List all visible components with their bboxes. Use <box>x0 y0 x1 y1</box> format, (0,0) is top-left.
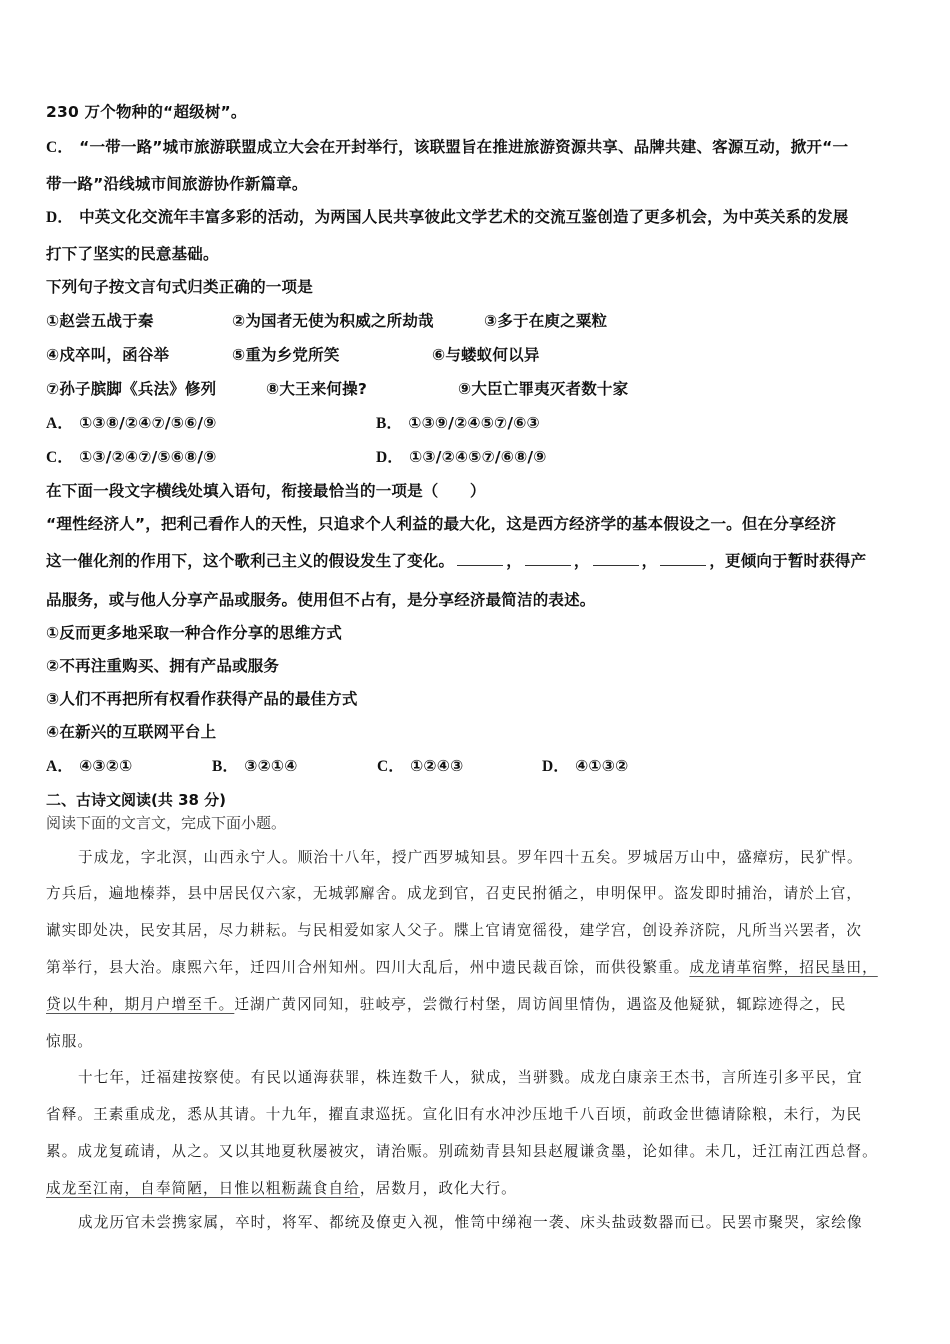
fill-blank-3[interactable] <box>593 551 639 566</box>
answer-option-b[interactable]: B．③②①④ <box>212 756 298 777</box>
option-label: C． <box>46 139 73 156</box>
section-title: 二、古诗文阅读(共 38 分) <box>46 790 226 810</box>
prev-option-d-line1: D．中英文化交流年丰富多彩的活动，为两国人民共享彼此文学艺术的交流互鉴创造了更多… <box>46 207 848 228</box>
answer-option-c[interactable]: C．①③/②④⑦/⑤⑥⑧/⑨ <box>46 447 217 468</box>
fill-item: ④在新兴的互联网平台上 <box>46 722 216 742</box>
answer-option-c[interactable]: C．①②④③ <box>377 756 463 777</box>
classical-text-line: 十七年，迁福建按察使。有民以通海获罪，株连数千人，狱成，当骈戮。成龙白康亲王杰书… <box>46 1068 863 1088</box>
passage-line-2: 这一催化剂的作用下，这个歌利己主义的假设发生了变化。，，，，更倾向于暂时获得产 <box>46 551 866 571</box>
classical-text-line: 方兵后，遍地榛莽，县中居民仅六家，无城郭廨舍。成龙到官，召吏民拊循之，申明保甲。… <box>46 884 862 904</box>
question-stem: 下列句子按文言句式归类正确的一项是 <box>46 277 313 297</box>
section-instruction: 阅读下面的文言文，完成下面小题。 <box>46 813 286 833</box>
fill-item: ①反而更多地采取一种合作分享的思维方式 <box>46 623 342 643</box>
fill-blank-1[interactable] <box>457 551 503 566</box>
sentence-item: ⑧大王来何操? <box>266 379 367 399</box>
answer-option-b[interactable]: B．①③⑨/②④⑤⑦/⑥③ <box>376 413 540 434</box>
fill-item: ③人们不再把所有权看作获得产品的最佳方式 <box>46 689 358 709</box>
prev-option-c-line2: 带一路”沿线城市间旅游协作新篇章。 <box>46 174 308 194</box>
sentence-item: ②为国者无使为积威之所劫哉 <box>232 311 434 331</box>
passage-line-3: 品服务，或与他人分享产品或服务。使用但不占有，是分享经济最简洁的表述。 <box>46 590 596 610</box>
answer-option-d[interactable]: D．①③/②④⑤⑦/⑥⑧/⑨ <box>376 447 547 468</box>
classical-text-line: 成龙历官未尝携家属，卒时，将军、都统及僚吏入视，惟笥中绨袍一袭、床头盐豉数器而已… <box>46 1213 863 1233</box>
sentence-item: ⑨大臣亡罪夷灭者数十家 <box>458 379 628 399</box>
classical-text-line: 第举行，县大治。康熙六年，迁四川合州知州。四川大乱后，州中遗民裁百馀，而供役繁重… <box>46 958 878 978</box>
question-stem: 在下面一段文字横线处填入语句，衔接最恰当的一项是（ ） <box>46 481 486 501</box>
classical-text-line: 省释。王素重成龙，悉从其请。十九年，擢直隶巡抚。宣化旧有水冲沙压地千八百顷，前政… <box>46 1105 862 1125</box>
fill-item: ②不再注重购买、拥有产品或服务 <box>46 656 279 676</box>
classical-text-line: 成龙至江南，自奉简陋，日惟以粗粝蔬食自给，居数月，政化大行。 <box>46 1179 517 1199</box>
answer-option-d[interactable]: D．④①③② <box>542 756 628 777</box>
sentence-item: ④戍卒叫，函谷举 <box>46 345 169 365</box>
sentence-item: ⑦孙子膑脚《兵法》修列 <box>46 379 216 399</box>
classical-text-line: 累。成龙复疏请，从之。又以其地夏秋屡被灾，请治赈。别疏劾青县知县赵履谦贪墨，论如… <box>46 1142 878 1162</box>
fill-blank-2[interactable] <box>525 551 571 566</box>
classical-text-line: 惊服。 <box>46 1032 93 1052</box>
passage-line-1: “理性经济人”，把利己看作人的天性，只追求个人利益的最大化，这是西方经济学的基本… <box>46 514 836 534</box>
option-label: D． <box>46 209 73 226</box>
sentence-item: ⑤重为乡党所笑 <box>232 345 340 365</box>
sentence-item: ①赵尝五战于秦 <box>46 311 154 331</box>
sentence-item: ⑥与蝼蚁何以异 <box>432 345 540 365</box>
classical-text-line: 贷以牛种，期月户增至千。迁湖广黄冈同知，驻岐亭，尝微行村堡，周访闾里情伪，遇盗及… <box>46 995 846 1015</box>
prev-option-c-line1: C．“一带一路”城市旅游联盟成立大会在开封举行，该联盟旨在推进旅游资源共享、品牌… <box>46 137 848 158</box>
classical-text-line: 谳实即处决，民安其居，尽力耕耘。与民相爱如家人父子。牒上官请宽徭役，建学宫，创设… <box>46 921 862 941</box>
classical-text-line: 于成龙，字北溟，山西永宁人。顺治十八年，授广西罗城知县。罗年四十五矣。罗城居万山… <box>46 848 863 868</box>
prev-question-tail: 230 万个物种的“超级树”。 <box>46 102 247 122</box>
answer-option-a[interactable]: A．④③②① <box>46 756 132 777</box>
sentence-item: ③多于在庾之粟粒 <box>484 311 607 331</box>
underlined-sentence: 成龙请革宿弊，招民垦田， <box>689 959 877 976</box>
underlined-sentence: 贷以牛种，期月户增至千。 <box>46 996 234 1013</box>
answer-option-a[interactable]: A．①③⑧/②④⑦/⑤⑥/⑨ <box>46 413 217 434</box>
underlined-sentence: 成龙至江南，自奉简陋，日惟以粗粝蔬食自给 <box>46 1180 360 1197</box>
fill-blank-4[interactable] <box>660 551 706 566</box>
prev-option-d-line2: 打下了坚实的民意基础。 <box>46 244 219 264</box>
